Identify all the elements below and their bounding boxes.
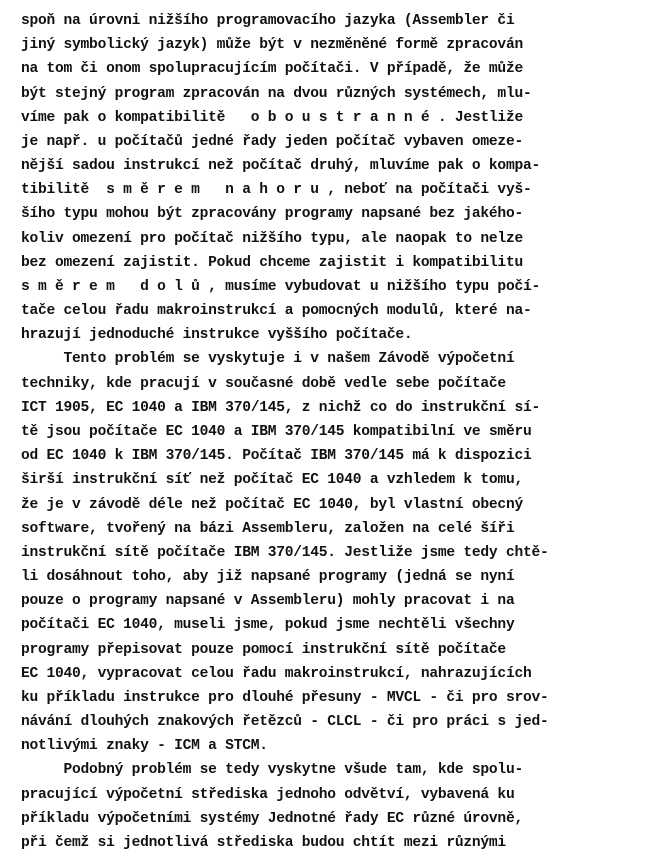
text-line: šího typu mohou být zpracovány programy … bbox=[21, 205, 523, 223]
text-line: techniky, kde pracují v současné době ve… bbox=[21, 375, 506, 393]
text-line: hrazují jednoduché instrukce vyššího poč… bbox=[21, 326, 412, 344]
text-line: tibilitě s m ě r e m n a h o r u , neboť… bbox=[21, 181, 531, 199]
text-line: software, tvořený na bázi Assembleru, za… bbox=[21, 520, 514, 538]
text-line: je např. u počítačů jedné řady jeden poč… bbox=[21, 133, 523, 151]
text-line: jiný symbolický jazyk) může být v nezměn… bbox=[21, 36, 523, 54]
text-line: tě jsou počítače EC 1040 a IBM 370/145 k… bbox=[21, 423, 531, 441]
text-line: že je v závodě déle než počítač EC 1040,… bbox=[21, 496, 523, 514]
text-line: pracující výpočetní střediska jednoho od… bbox=[21, 786, 514, 804]
text-line: počítači EC 1040, museli jsme, pokud jsm… bbox=[21, 616, 514, 634]
text-line: od EC 1040 k IBM 370/145. Počítač IBM 37… bbox=[21, 447, 531, 465]
text-line: být stejný program zpracován na dvou růz… bbox=[21, 85, 531, 103]
text-line: s m ě r e m d o l ů , musíme vybudovat u… bbox=[21, 278, 540, 296]
text-line: pouze o programy napsané v Assembleru) m… bbox=[21, 592, 514, 610]
text-line: bez omezení zajistit. Pokud chceme zajis… bbox=[21, 254, 523, 272]
text-line: instrukční sítě počítače IBM 370/145. Je… bbox=[21, 544, 548, 562]
text-line: ICT 1905, EC 1040 a IBM 370/145, z nichž… bbox=[21, 399, 540, 417]
text-line: tače celou řadu makroinstrukcí a pomocný… bbox=[21, 302, 531, 320]
text-line: Tento problém se vyskytuje i v našem Záv… bbox=[21, 350, 514, 368]
text-line: EC 1040, vypracovat celou řadu makroinst… bbox=[21, 665, 531, 683]
text-line: návání dlouhých znakových řetězců - CLCL… bbox=[21, 713, 548, 731]
text-line: nější sadou instrukcí než počítač druhý,… bbox=[21, 157, 540, 175]
text-line: ku příkladu instrukce pro dlouhé přesuny… bbox=[21, 689, 548, 707]
text-line: spoň na úrovni nižšího programovacího ja… bbox=[21, 12, 514, 30]
text-line: příkladu výpočetními systémy Jednotné řa… bbox=[21, 810, 523, 828]
text-line: širší instrukční síť než počítač EC 1040… bbox=[21, 471, 523, 489]
document-page: spoň na úrovni nižšího programovacího ja… bbox=[0, 0, 652, 860]
text-line: koliv omezení pro počítač nižšího typu, … bbox=[21, 230, 523, 248]
text-line: při čemž si jednotlivá střediska budou c… bbox=[21, 834, 506, 852]
text-line: notlivými znaky - ICM a STCM. bbox=[21, 737, 268, 755]
text-line: programy přepisovat pouze pomocí instruk… bbox=[21, 641, 506, 659]
text-line: víme pak o kompatibilitě o b o u s t r a… bbox=[21, 109, 523, 127]
text-line: li dosáhnout toho, aby již napsané progr… bbox=[21, 568, 514, 586]
text-line: na tom či onom spolupracujícím počítači.… bbox=[21, 60, 523, 78]
text-line: Podobný problém se tedy vyskytne všude t… bbox=[21, 761, 523, 779]
